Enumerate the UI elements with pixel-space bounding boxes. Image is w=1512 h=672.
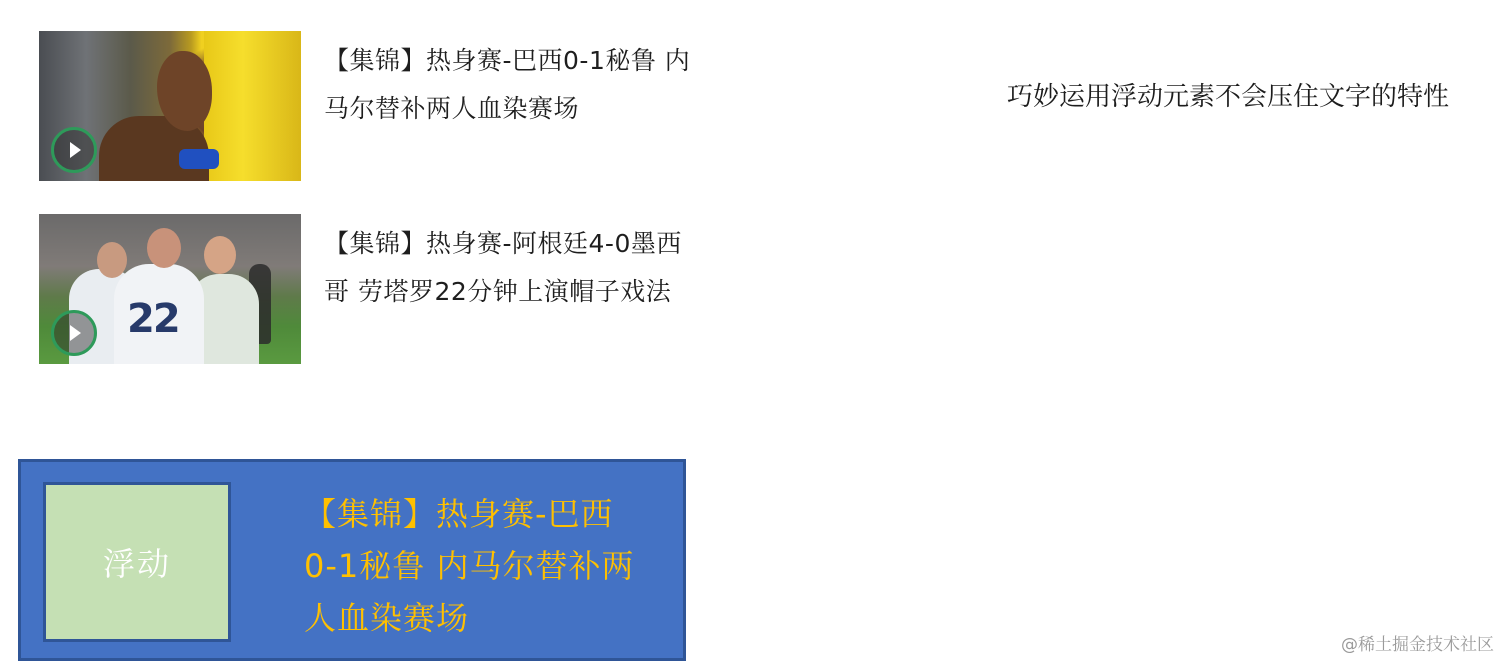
news-title[interactable]: 【集锦】热身赛-巴西0-1秘鲁 内马尔替补两人血染赛场 (324, 37, 699, 133)
thumbnail-shape (147, 228, 181, 268)
play-icon[interactable] (51, 127, 97, 173)
video-thumbnail[interactable] (39, 31, 301, 181)
play-triangle (70, 325, 81, 341)
float-demo-container: 浮动 【集锦】热身赛-巴西0-1秘鲁 内马尔替补两人血染赛场 (18, 459, 686, 661)
thumbnail-shape (204, 236, 236, 274)
news-item-argentina[interactable]: 22 【集锦】热身赛-阿根廷4-0墨西哥 劳塔罗22分钟上演帽子戏法 (39, 214, 699, 364)
news-title[interactable]: 【集锦】热身赛-阿根廷4-0墨西哥 劳塔罗22分钟上演帽子戏法 (324, 220, 699, 316)
play-triangle (70, 142, 81, 158)
news-item-brazil[interactable]: 【集锦】热身赛-巴西0-1秘鲁 内马尔替补两人血染赛场 (39, 31, 699, 181)
jersey-number: 22 (127, 296, 179, 342)
demo-text: 【集锦】热身赛-巴西0-1秘鲁 内马尔替补两人血染赛场 (304, 488, 644, 644)
float-element: 浮动 (43, 482, 231, 642)
play-icon[interactable] (51, 310, 97, 356)
float-label: 浮动 (103, 539, 171, 585)
explanation-note: 巧妙运用浮动元素不会压住文字的特性 (1007, 72, 1487, 122)
video-thumbnail[interactable]: 22 (39, 214, 301, 364)
thumbnail-shape (179, 149, 219, 169)
watermark: @稀土掘金技术社区 (1341, 630, 1494, 655)
thumbnail-shape (97, 242, 127, 278)
